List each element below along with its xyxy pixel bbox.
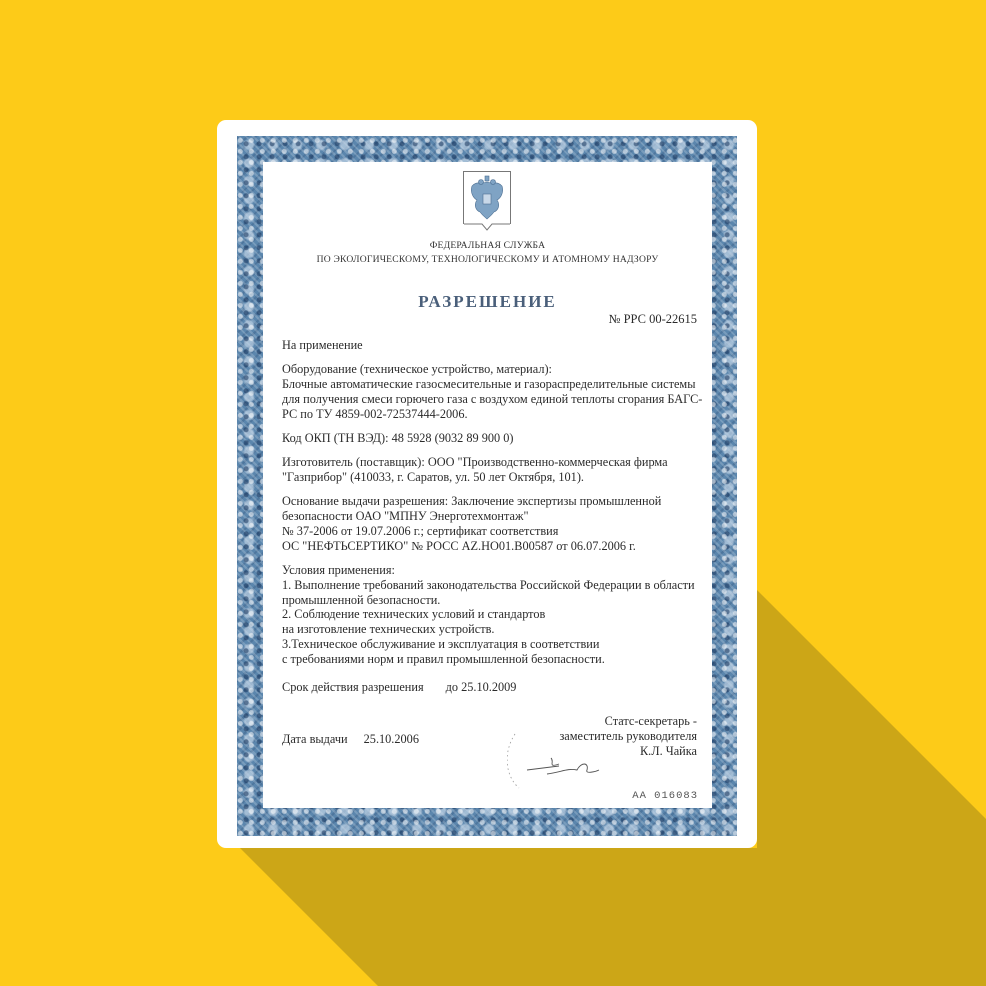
validity-label: Срок действия разрешения (282, 680, 424, 694)
issue-date-label: Дата выдачи (282, 732, 348, 746)
section-equipment: Оборудование (техническое устройство, ма… (282, 362, 712, 421)
document-card: ФЕДЕРАЛЬНАЯ СЛУЖБА ПО ЭКОЛОГИЧЕСКОМУ, ТЕ… (217, 120, 757, 848)
russian-coat-of-arms-icon (463, 171, 511, 224)
permit-document: ФЕДЕРАЛЬНАЯ СЛУЖБА ПО ЭКОЛОГИЧЕСКОМУ, ТЕ… (263, 162, 712, 808)
section-basis: Основание выдачи разрешения: Заключение … (282, 494, 712, 553)
section-okp-code: Код ОКП (ТН ВЭД): 48 5928 (9032 89 900 0… (282, 431, 712, 446)
document-title: РАЗРЕШЕНИЕ (263, 292, 712, 312)
section-application: На применение (282, 338, 712, 353)
agency-line-2: ПО ЭКОЛОГИЧЕСКОМУ, ТЕХНОЛОГИЧЕСКОМУ И АТ… (263, 253, 712, 267)
signatory: Статс-секретарь - заместитель руководите… (559, 714, 697, 759)
validity-value: до 25.10.2009 (446, 680, 517, 694)
serial-number: АА 016083 (632, 790, 698, 802)
section-conditions: Условия применения: 1. Выполнение требов… (282, 563, 712, 667)
agency-name: ФЕДЕРАЛЬНАЯ СЛУЖБА ПО ЭКОЛОГИЧЕСКОМУ, ТЕ… (263, 239, 712, 267)
validity-period: Срок действия разрешениядо 25.10.2009 (282, 680, 516, 695)
ornamental-border: ФЕДЕРАЛЬНАЯ СЛУЖБА ПО ЭКОЛОГИЧЕСКОМУ, ТЕ… (237, 136, 737, 836)
permit-number: № РРС 00-22615 (609, 312, 697, 327)
issue-date-value: 25.10.2006 (364, 732, 419, 746)
section-manufacturer: Изготовитель (поставщик): ООО "Производс… (282, 455, 712, 485)
document-body: На применение Оборудование (техническое … (282, 338, 712, 667)
agency-line-1: ФЕДЕРАЛЬНАЯ СЛУЖБА (263, 239, 712, 253)
issue-date: Дата выдачи25.10.2006 (282, 732, 419, 747)
